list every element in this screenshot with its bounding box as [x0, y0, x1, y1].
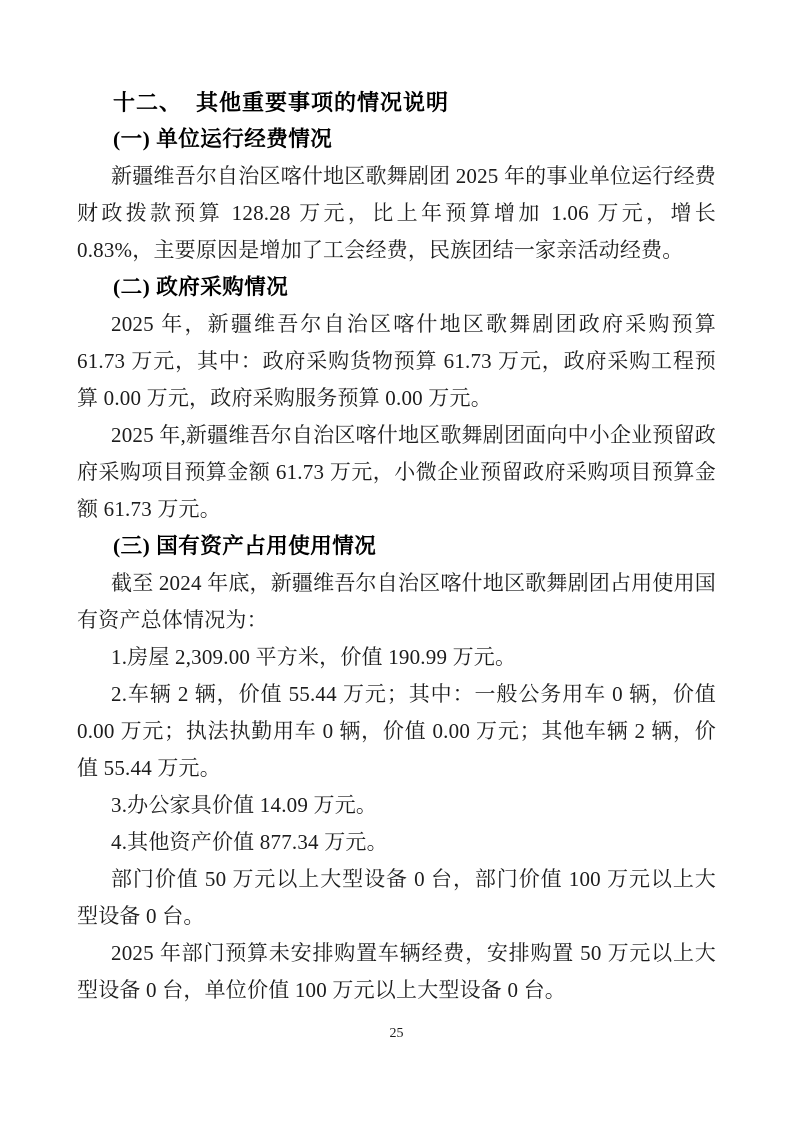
paragraph-large-equipment: 部门价值 50 万元以上大型设备 0 台，部门价值 100 万元以上大型设备 0…	[77, 861, 716, 935]
section-number: 十二、	[113, 90, 182, 115]
subsection-heading-state-assets: (三) 国有资产占用使用情况	[77, 528, 716, 565]
list-item-other-assets: 4.其他资产价值 877.34 万元。	[77, 824, 716, 861]
paragraph-procurement-smes: 2025 年,新疆维吾尔自治区喀什地区歌舞剧团面向中小企业预留政府采购项目预算金…	[77, 417, 716, 528]
subsection-heading-unit-operating-costs: (一) 单位运行经费情况	[77, 121, 716, 158]
paragraph-vehicle-purchase-plan: 2025 年部门预算未安排购置车辆经费，安排购置 50 万元以上大型设备 0 台…	[77, 935, 716, 1009]
list-item-housing: 1.房屋 2,309.00 平方米，价值 190.99 万元。	[77, 639, 716, 676]
section-title: 其他重要事项的情况说明	[196, 90, 449, 115]
section-heading: 十二、其他重要事项的情况说明	[77, 84, 716, 121]
list-item-office-furniture: 3.办公家具价值 14.09 万元。	[77, 787, 716, 824]
paragraph-operating-costs: 新疆维吾尔自治区喀什地区歌舞剧团 2025 年的事业单位运行经费财政拨款预算 1…	[77, 158, 716, 269]
list-item-vehicles: 2.车辆 2 辆，价值 55.44 万元；其中：一般公务用车 0 辆，价值 0.…	[77, 676, 716, 787]
paragraph-procurement-overview: 2025 年，新疆维吾尔自治区喀什地区歌舞剧团政府采购预算 61.73 万元，其…	[77, 306, 716, 417]
page-number: 25	[0, 1026, 793, 1042]
document-content: 十二、其他重要事项的情况说明 (一) 单位运行经费情况 新疆维吾尔自治区喀什地区…	[77, 84, 716, 1009]
document-page: 十二、其他重要事项的情况说明 (一) 单位运行经费情况 新疆维吾尔自治区喀什地区…	[0, 0, 793, 1122]
paragraph-assets-intro: 截至 2024 年底，新疆维吾尔自治区喀什地区歌舞剧团占用使用国有资产总体情况为…	[77, 565, 716, 639]
subsection-heading-government-procurement: (二) 政府采购情况	[77, 269, 716, 306]
